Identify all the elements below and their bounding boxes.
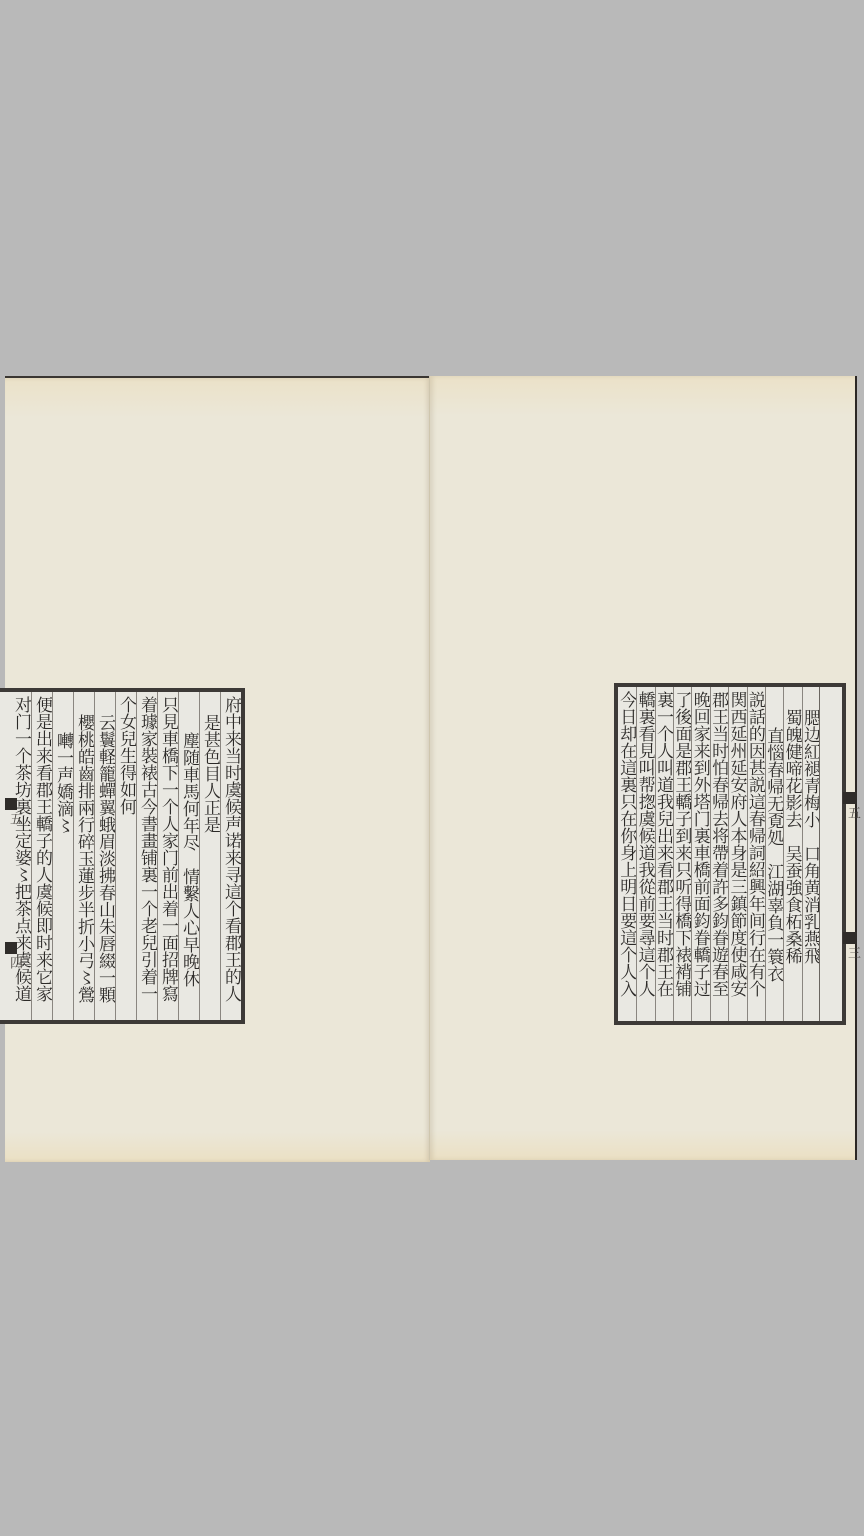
text-column: 晚回家来到外塔门裏車橋前面鈞眷轎子过 — [691, 687, 709, 1021]
text-column: 云鬟軽籠蟬翼蛾眉淡拂春山朱唇綴一顆 — [94, 692, 115, 1020]
text-column: 只見車橋下一个人家门前出着一面招牌寫 — [157, 692, 178, 1020]
text-column: 轎裏看見叫帮揔虞候道我從前要尋這个人 — [636, 687, 654, 1021]
text-column: 着璩家裝裱古今書畫铺裏一个老兒引着一 — [136, 692, 157, 1020]
left-text-block: 府中来当时虞候声诺来寻這个看郡王的人 是甚色目人正是 塵随車馬何年尽 情繫人心早… — [0, 688, 245, 1024]
document-viewer: 府中来当时虞候声诺来寻這个看郡王的人 是甚色目人正是 塵随車馬何年尽 情繫人心早… — [0, 0, 864, 1536]
text-column: 囀一声嬌滴〻 — [52, 692, 73, 1020]
margin-mark: 四 — [5, 956, 24, 969]
margin-mark: 三 — [843, 946, 862, 959]
text-column: 塵随車馬何年尽 情繫人心早晚休 — [178, 692, 199, 1020]
fish-tail-mark — [5, 942, 17, 954]
text-column: 府中来当时虞候声诺来寻這个看郡王的人 — [220, 692, 241, 1020]
right-margin-column — [819, 687, 842, 1021]
text-column: 腮边紅褪青梅小 口角黄消乳燕飛 — [802, 687, 820, 1021]
text-column: 便是出来看郡王轎子的人虞候即时来它家 — [31, 692, 52, 1020]
fish-tail-mark — [843, 792, 857, 804]
right-text-block: 腮边紅褪青梅小 口角黄消乳燕飛 蜀魄健啼花影去 吴蚕強食柘桑稀 直惱春帰无覔処 … — [614, 683, 846, 1025]
fish-tail-mark — [5, 798, 17, 810]
text-column: 直惱春帰无覔処 江湖辜負一簑衣 — [765, 687, 783, 1021]
text-column: 裏一个人叫道我兒出来看郡王当时郡王在 — [655, 687, 673, 1021]
left-page: 府中来当时虞候声诺来寻這个看郡王的人 是甚色目人正是 塵随車馬何年尽 情繫人心早… — [5, 376, 430, 1162]
text-column: 了後面是郡王轎子到来只听得橋下裱褙铺 — [673, 687, 691, 1021]
text-column: 今日却在這裏只在你身上明日要這个人入 — [618, 687, 636, 1021]
text-column: 郡王当时怕春帰去将帶着許多鈞眷遊春至 — [710, 687, 728, 1021]
text-column: 櫻桃皓齒排兩行碎玉蓮步半折小弓〻鶯 — [73, 692, 94, 1020]
right-columns: 腮边紅褪青梅小 口角黄消乳燕飛 蜀魄健啼花影去 吴蚕強食柘桑稀 直惱春帰无覔処 … — [618, 687, 820, 1021]
text-column: 蜀魄健啼花影去 吴蚕強食柘桑稀 — [783, 687, 801, 1021]
text-column: 个女兒生得如何 — [115, 692, 136, 1020]
fish-tail-mark — [843, 932, 857, 944]
margin-mark: 五 — [843, 806, 862, 819]
text-column: 関西延州延安府人本身是三鎮節度使咸安 — [728, 687, 746, 1021]
left-columns: 府中来当时虞候声诺来寻這个看郡王的人 是甚色目人正是 塵随車馬何年尽 情繫人心早… — [0, 692, 241, 1020]
text-column: 对门一个茶坊裏坐定婆〻把茶点来虞候道 — [10, 692, 31, 1020]
margin-mark: 五 — [5, 812, 24, 825]
book-spread: 府中来当时虞候声诺来寻這个看郡王的人 是甚色目人正是 塵随車馬何年尽 情繫人心早… — [5, 376, 857, 1160]
text-column: 是甚色目人正是 — [199, 692, 220, 1020]
text-column: 説話的因甚説這春帰詞紹興年间行在有个 — [747, 687, 765, 1021]
